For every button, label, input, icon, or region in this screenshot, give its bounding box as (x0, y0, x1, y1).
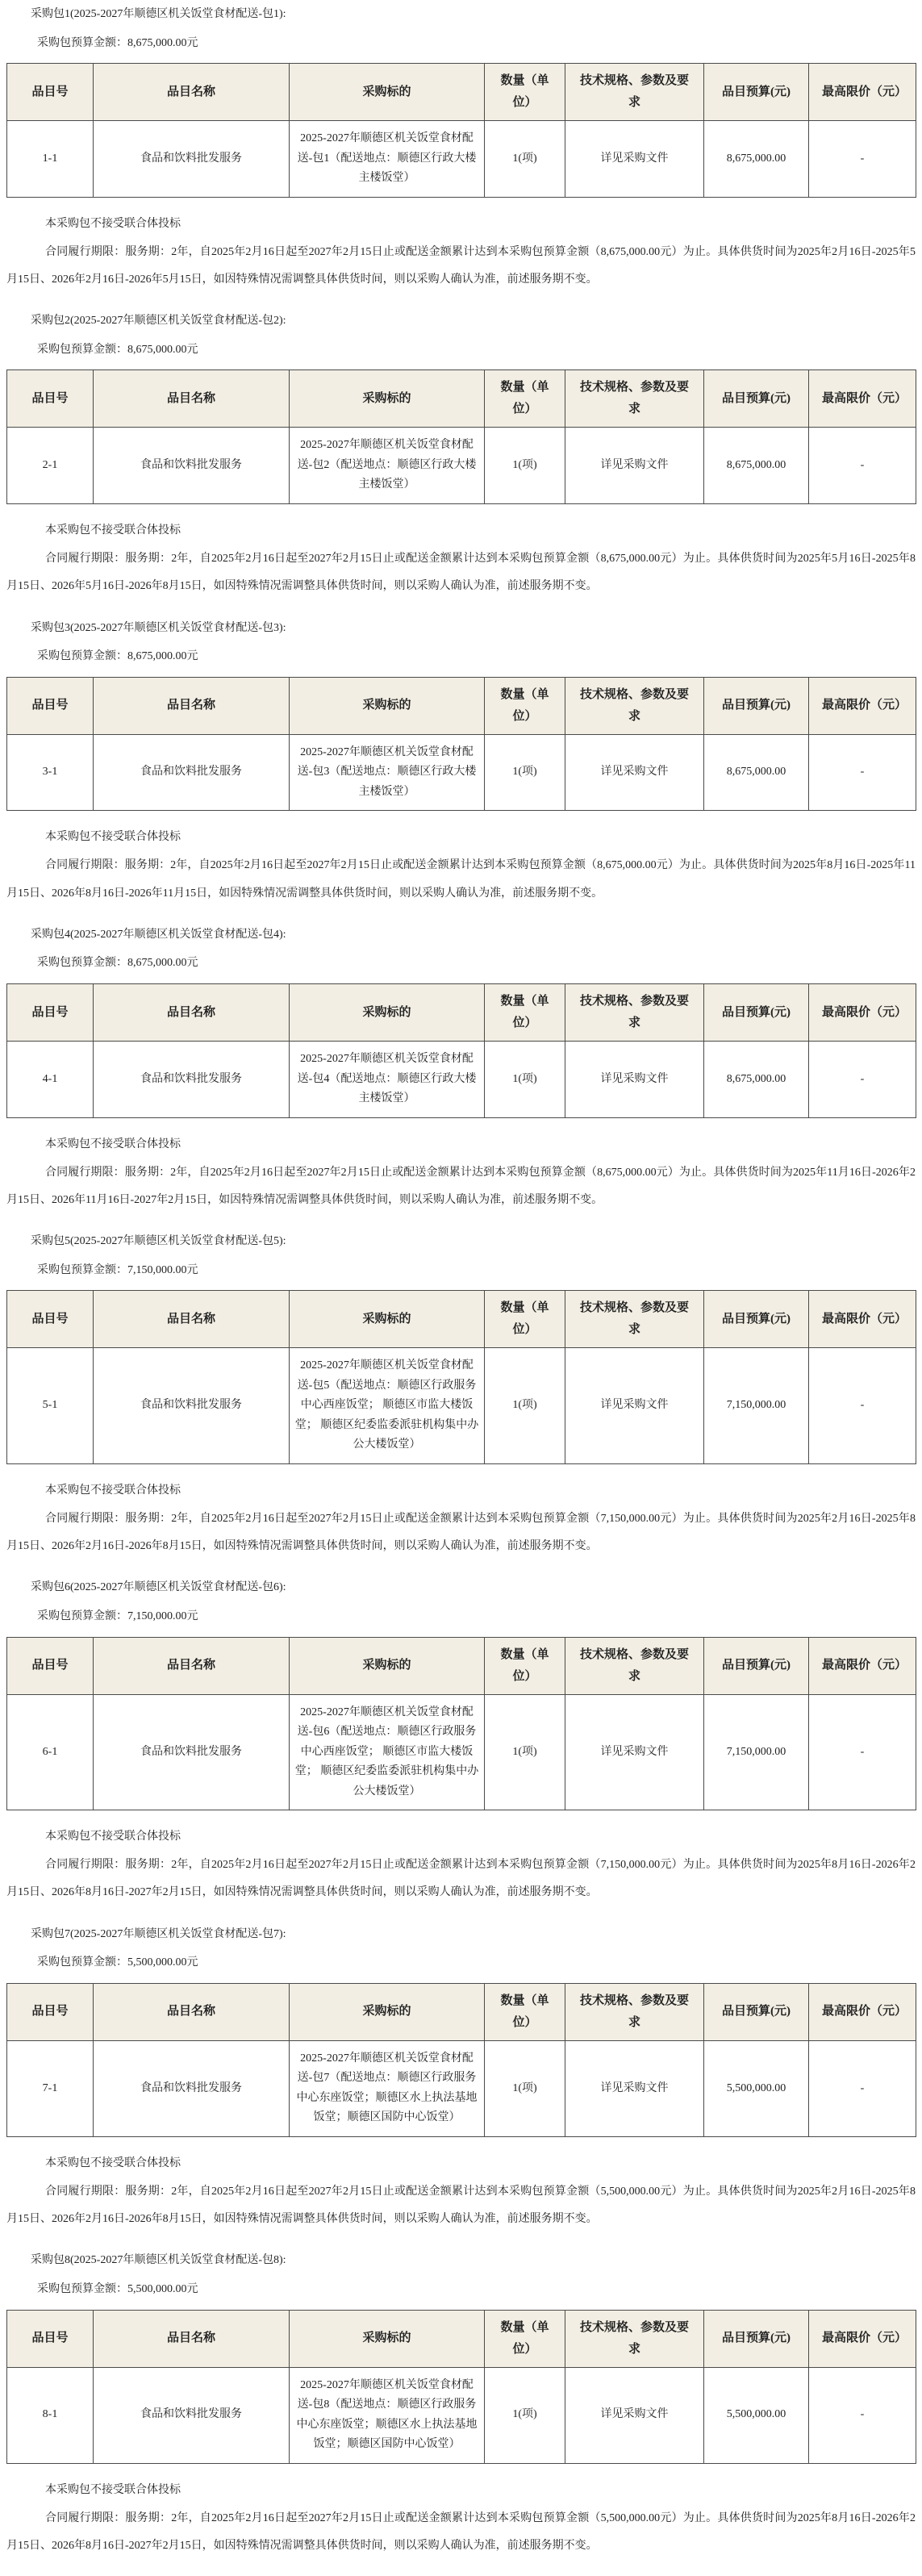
items-table: 品目号 品目名称 采购标的 数量（单位） 技术规格、参数及要求 品目预算(元) … (6, 1637, 916, 1811)
contract-term-paragraph: 合同履行期限：服务期：2年，自2025年2月16日起至2027年2月15日止或配… (6, 1159, 916, 1215)
spec-cell: 详见采购文件 (565, 734, 704, 811)
table-row: 6-1 食品和饮料批发服务 2025-2027年顺德区机关饭堂食材配送-包6（配… (7, 1694, 916, 1810)
col-header-item-no: 品目号 (7, 1983, 94, 2040)
package-budget-line: 采购包预算金额：5,500,000.00元 (6, 2282, 916, 2298)
item-no-cell: 6-1 (7, 1694, 94, 1810)
table-row: 8-1 食品和饮料批发服务 2025-2027年顺德区机关饭堂食材配送-包8（配… (7, 2367, 916, 2463)
item-name-cell: 食品和饮料批发服务 (94, 1694, 290, 1810)
item-no-cell: 5-1 (7, 1348, 94, 1464)
spec-cell: 详见采购文件 (565, 121, 704, 198)
package-title: 采购包8(2025-2027年顺德区机关饭堂食材配送-包8): (6, 2252, 916, 2269)
max-price-cell: - (809, 1042, 916, 1118)
header-row: 品目号 品目名称 采购标的 数量（单位） 技术规格、参数及要求 品目预算(元) … (7, 1983, 916, 2040)
no-consortium-note: 本采购包不接受联合体投标 (6, 1828, 916, 1845)
item-name-cell: 食品和饮料批发服务 (94, 2367, 290, 2463)
contract-term-paragraph: 合同履行期限：服务期：2年，自2025年2月16日起至2027年2月15日止或配… (6, 852, 916, 908)
col-header-budget: 品目预算(元) (704, 64, 809, 121)
col-header-budget: 品目预算(元) (704, 2310, 809, 2367)
item-budget-cell: 8,675,000.00 (704, 428, 809, 504)
col-header-item-name: 品目名称 (94, 370, 290, 428)
col-header-budget: 品目预算(元) (704, 370, 809, 428)
spec-cell: 详见采购文件 (565, 2040, 704, 2136)
header-row: 品目号 品目名称 采购标的 数量（单位） 技术规格、参数及要求 品目预算(元) … (7, 1291, 916, 1348)
table-row: 2-1 食品和饮料批发服务 2025-2027年顺德区机关饭堂食材配送-包2（配… (7, 428, 916, 504)
col-header-item-no: 品目号 (7, 677, 94, 734)
col-header-target: 采购标的 (290, 1983, 485, 2040)
col-header-quantity: 数量（单位） (485, 677, 565, 734)
package-budget-line: 采购包预算金额：8,675,000.00元 (6, 342, 916, 358)
col-header-item-no: 品目号 (7, 2310, 94, 2367)
col-header-item-no: 品目号 (7, 370, 94, 428)
document: 采购包1(2025-2027年顺德区机关饭堂食材配送-包1): 采购包预算金额：… (0, 0, 922, 2576)
no-consortium-note: 本采购包不接受联合体投标 (6, 215, 916, 232)
contract-term-paragraph: 合同履行期限：服务期：2年，自2025年2月16日起至2027年2月15日止或配… (6, 2505, 916, 2561)
col-header-item-name: 品目名称 (94, 1983, 290, 2040)
items-table-header: 品目号 品目名称 采购标的 数量（单位） 技术规格、参数及要求 品目预算(元) … (7, 984, 916, 1042)
no-consortium-note: 本采购包不接受联合体投标 (6, 829, 916, 845)
spec-cell: 详见采购文件 (565, 1042, 704, 1118)
quantity-cell: 1(项) (485, 2040, 565, 2136)
col-header-quantity: 数量（单位） (485, 984, 565, 1042)
item-name-cell: 食品和饮料批发服务 (94, 1042, 290, 1118)
col-header-target: 采购标的 (290, 677, 485, 734)
item-no-cell: 2-1 (7, 428, 94, 504)
target-cell: 2025-2027年顺德区机关饭堂食材配送-包4（配送地点：顺德区行政大楼主楼饭… (290, 1042, 485, 1118)
col-header-max-price: 最高限价（元） (809, 984, 916, 1042)
col-header-spec: 技术规格、参数及要求 (565, 2310, 704, 2367)
col-header-spec: 技术规格、参数及要求 (565, 1637, 704, 1694)
col-header-item-name: 品目名称 (94, 64, 290, 121)
col-header-target: 采购标的 (290, 984, 485, 1042)
col-header-max-price: 最高限价（元） (809, 64, 916, 121)
item-no-cell: 7-1 (7, 2040, 94, 2136)
quantity-cell: 1(项) (485, 734, 565, 811)
col-header-item-name: 品目名称 (94, 1291, 290, 1348)
items-table-header: 品目号 品目名称 采购标的 数量（单位） 技术规格、参数及要求 品目预算(元) … (7, 1983, 916, 2040)
col-header-target: 采购标的 (290, 2310, 485, 2367)
no-consortium-note: 本采购包不接受联合体投标 (6, 1136, 916, 1153)
package-budget-line: 采购包预算金额：7,150,000.00元 (6, 1263, 916, 1279)
header-row: 品目号 品目名称 采购标的 数量（单位） 技术规格、参数及要求 品目预算(元) … (7, 677, 916, 734)
target-cell: 2025-2027年顺德区机关饭堂食材配送-包1（配送地点：顺德区行政大楼主楼饭… (290, 121, 485, 198)
package-budget-line: 采购包预算金额：8,675,000.00元 (6, 649, 916, 665)
procurement-package-section: 采购包1(2025-2027年顺德区机关饭堂食材配送-包1): 采购包预算金额：… (6, 6, 916, 294)
col-header-quantity: 数量（单位） (485, 2310, 565, 2367)
col-header-spec: 技术规格、参数及要求 (565, 984, 704, 1042)
spec-cell: 详见采购文件 (565, 2367, 704, 2463)
item-no-cell: 1-1 (7, 121, 94, 198)
no-consortium-note: 本采购包不接受联合体投标 (6, 2155, 916, 2172)
items-table: 品目号 品目名称 采购标的 数量（单位） 技术规格、参数及要求 品目预算(元) … (6, 2310, 916, 2464)
col-header-budget: 品目预算(元) (704, 1983, 809, 2040)
no-consortium-note: 本采购包不接受联合体投标 (6, 1482, 916, 1499)
header-row: 品目号 品目名称 采购标的 数量（单位） 技术规格、参数及要求 品目预算(元) … (7, 64, 916, 121)
col-header-quantity: 数量（单位） (485, 1291, 565, 1348)
col-header-max-price: 最高限价（元） (809, 2310, 916, 2367)
col-header-spec: 技术规格、参数及要求 (565, 1983, 704, 2040)
quantity-cell: 1(项) (485, 121, 565, 198)
target-cell: 2025-2027年顺德区机关饭堂食材配送-包8（配送地点：顺德区行政服务中心东… (290, 2367, 485, 2463)
col-header-item-no: 品目号 (7, 1637, 94, 1694)
contract-term-paragraph: 合同履行期限：服务期：2年，自2025年2月16日起至2027年2月15日止或配… (6, 2178, 916, 2234)
col-header-item-no: 品目号 (7, 984, 94, 1042)
quantity-cell: 1(项) (485, 2367, 565, 2463)
quantity-cell: 1(项) (485, 1348, 565, 1464)
col-header-max-price: 最高限价（元） (809, 1291, 916, 1348)
col-header-item-name: 品目名称 (94, 1637, 290, 1694)
procurement-package-section: 采购包4(2025-2027年顺德区机关饭堂食材配送-包4): 采购包预算金额：… (6, 927, 916, 1214)
spec-cell: 详见采购文件 (565, 1348, 704, 1464)
col-header-spec: 技术规格、参数及要求 (565, 370, 704, 428)
item-name-cell: 食品和饮料批发服务 (94, 1348, 290, 1464)
col-header-max-price: 最高限价（元） (809, 1637, 916, 1694)
package-title: 采购包1(2025-2027年顺德区机关饭堂食材配送-包1): (6, 6, 916, 23)
header-row: 品目号 品目名称 采购标的 数量（单位） 技术规格、参数及要求 品目预算(元) … (7, 1637, 916, 1694)
item-budget-cell: 7,150,000.00 (704, 1348, 809, 1464)
item-budget-cell: 8,675,000.00 (704, 734, 809, 811)
col-header-spec: 技术规格、参数及要求 (565, 64, 704, 121)
table-row: 4-1 食品和饮料批发服务 2025-2027年顺德区机关饭堂食材配送-包4（配… (7, 1042, 916, 1118)
items-table-header: 品目号 品目名称 采购标的 数量（单位） 技术规格、参数及要求 品目预算(元) … (7, 1637, 916, 1694)
max-price-cell: - (809, 1348, 916, 1464)
col-header-item-no: 品目号 (7, 64, 94, 121)
table-row: 7-1 食品和饮料批发服务 2025-2027年顺德区机关饭堂食材配送-包7（配… (7, 2040, 916, 2136)
quantity-cell: 1(项) (485, 1694, 565, 1810)
item-budget-cell: 8,675,000.00 (704, 121, 809, 198)
col-header-budget: 品目预算(元) (704, 677, 809, 734)
table-row: 5-1 食品和饮料批发服务 2025-2027年顺德区机关饭堂食材配送-包5（配… (7, 1348, 916, 1464)
contract-term-paragraph: 合同履行期限：服务期：2年，自2025年2月16日起至2027年2月15日止或配… (6, 1505, 916, 1561)
package-title: 采购包4(2025-2027年顺德区机关饭堂食材配送-包4): (6, 927, 916, 943)
items-table: 品目号 品目名称 采购标的 数量（单位） 技术规格、参数及要求 品目预算(元) … (6, 677, 916, 812)
quantity-cell: 1(项) (485, 428, 565, 504)
max-price-cell: - (809, 734, 916, 811)
col-header-target: 采购标的 (290, 370, 485, 428)
items-table: 品目号 品目名称 采购标的 数量（单位） 技术规格、参数及要求 品目预算(元) … (6, 1983, 916, 2137)
target-cell: 2025-2027年顺德区机关饭堂食材配送-包3（配送地点：顺德区行政大楼主楼饭… (290, 734, 485, 811)
procurement-package-section: 采购包7(2025-2027年顺德区机关饭堂食材配送-包7): 采购包预算金额：… (6, 1927, 916, 2234)
col-header-quantity: 数量（单位） (485, 1983, 565, 2040)
header-row: 品目号 品目名称 采购标的 数量（单位） 技术规格、参数及要求 品目预算(元) … (7, 984, 916, 1042)
col-header-quantity: 数量（单位） (485, 64, 565, 121)
items-table-header: 品目号 品目名称 采购标的 数量（单位） 技术规格、参数及要求 品目预算(元) … (7, 370, 916, 428)
package-title: 采购包5(2025-2027年顺德区机关饭堂食材配送-包5): (6, 1234, 916, 1250)
item-budget-cell: 5,500,000.00 (704, 2040, 809, 2136)
items-table-header: 品目号 品目名称 采购标的 数量（单位） 技术规格、参数及要求 品目预算(元) … (7, 2310, 916, 2367)
package-budget-line: 采购包预算金额：5,500,000.00元 (6, 1955, 916, 1971)
col-header-budget: 品目预算(元) (704, 1291, 809, 1348)
contract-term-paragraph: 合同履行期限：服务期：2年，自2025年2月16日起至2027年2月15日止或配… (6, 545, 916, 601)
col-header-max-price: 最高限价（元） (809, 677, 916, 734)
procurement-package-section: 采购包6(2025-2027年顺德区机关饭堂食材配送-包6): 采购包预算金额：… (6, 1580, 916, 1906)
target-cell: 2025-2027年顺德区机关饭堂食材配送-包2（配送地点：顺德区行政大楼主楼饭… (290, 428, 485, 504)
max-price-cell: - (809, 2367, 916, 2463)
procurement-package-section: 采购包2(2025-2027年顺德区机关饭堂食材配送-包2): 采购包预算金额：… (6, 313, 916, 600)
target-cell: 2025-2027年顺德区机关饭堂食材配送-包7（配送地点：顺德区行政服务中心东… (290, 2040, 485, 2136)
item-name-cell: 食品和饮料批发服务 (94, 428, 290, 504)
col-header-max-price: 最高限价（元） (809, 1983, 916, 2040)
table-row: 3-1 食品和饮料批发服务 2025-2027年顺德区机关饭堂食材配送-包3（配… (7, 734, 916, 811)
spec-cell: 详见采购文件 (565, 1694, 704, 1810)
item-budget-cell: 5,500,000.00 (704, 2367, 809, 2463)
table-row: 1-1 食品和饮料批发服务 2025-2027年顺德区机关饭堂食材配送-包1（配… (7, 121, 916, 198)
col-header-quantity: 数量（单位） (485, 370, 565, 428)
package-title: 采购包3(2025-2027年顺德区机关饭堂食材配送-包3): (6, 620, 916, 637)
header-row: 品目号 品目名称 采购标的 数量（单位） 技术规格、参数及要求 品目预算(元) … (7, 370, 916, 428)
no-consortium-note: 本采购包不接受联合体投标 (6, 2482, 916, 2499)
target-cell: 2025-2027年顺德区机关饭堂食材配送-包5（配送地点：顺德区行政服务中心西… (290, 1348, 485, 1464)
package-budget-line: 采购包预算金额：8,675,000.00元 (6, 955, 916, 971)
col-header-spec: 技术规格、参数及要求 (565, 1291, 704, 1348)
package-title: 采购包6(2025-2027年顺德区机关饭堂食材配送-包6): (6, 1580, 916, 1596)
col-header-item-name: 品目名称 (94, 677, 290, 734)
item-budget-cell: 8,675,000.00 (704, 1042, 809, 1118)
item-name-cell: 食品和饮料批发服务 (94, 121, 290, 198)
item-name-cell: 食品和饮料批发服务 (94, 2040, 290, 2136)
col-header-item-name: 品目名称 (94, 2310, 290, 2367)
package-budget-line: 采购包预算金额：8,675,000.00元 (6, 35, 916, 52)
max-price-cell: - (809, 1694, 916, 1810)
package-title: 采购包2(2025-2027年顺德区机关饭堂食材配送-包2): (6, 313, 916, 329)
procurement-package-section: 采购包5(2025-2027年顺德区机关饭堂食材配送-包5): 采购包预算金额：… (6, 1234, 916, 1560)
col-header-quantity: 数量（单位） (485, 1637, 565, 1694)
items-table: 品目号 品目名称 采购标的 数量（单位） 技术规格、参数及要求 品目预算(元) … (6, 369, 916, 504)
header-row: 品目号 品目名称 采购标的 数量（单位） 技术规格、参数及要求 品目预算(元) … (7, 2310, 916, 2367)
col-header-budget: 品目预算(元) (704, 1637, 809, 1694)
contract-term-paragraph: 合同履行期限：服务期：2年，自2025年2月16日起至2027年2月15日止或配… (6, 1852, 916, 1907)
item-no-cell: 4-1 (7, 1042, 94, 1118)
items-table-header: 品目号 品目名称 采购标的 数量（单位） 技术规格、参数及要求 品目预算(元) … (7, 64, 916, 121)
max-price-cell: - (809, 2040, 916, 2136)
col-header-item-name: 品目名称 (94, 984, 290, 1042)
item-budget-cell: 7,150,000.00 (704, 1694, 809, 1810)
items-table: 品目号 品目名称 采购标的 数量（单位） 技术规格、参数及要求 品目预算(元) … (6, 1290, 916, 1464)
item-name-cell: 食品和饮料批发服务 (94, 734, 290, 811)
package-budget-line: 采购包预算金额：7,150,000.00元 (6, 1609, 916, 1625)
items-table-header: 品目号 品目名称 采购标的 数量（单位） 技术规格、参数及要求 品目预算(元) … (7, 677, 916, 734)
item-no-cell: 8-1 (7, 2367, 94, 2463)
items-table-header: 品目号 品目名称 采购标的 数量（单位） 技术规格、参数及要求 品目预算(元) … (7, 1291, 916, 1348)
procurement-package-section: 采购包3(2025-2027年顺德区机关饭堂食材配送-包3): 采购包预算金额：… (6, 620, 916, 908)
contract-term-paragraph: 合同履行期限：服务期：2年，自2025年2月16日起至2027年2月15日止或配… (6, 239, 916, 294)
col-header-spec: 技术规格、参数及要求 (565, 677, 704, 734)
spec-cell: 详见采购文件 (565, 428, 704, 504)
col-header-target: 采购标的 (290, 64, 485, 121)
package-title: 采购包7(2025-2027年顺德区机关饭堂食材配送-包7): (6, 1927, 916, 1943)
procurement-package-section: 采购包8(2025-2027年顺德区机关饭堂食材配送-包8): 采购包预算金额：… (6, 2252, 916, 2560)
items-table: 品目号 品目名称 采购标的 数量（单位） 技术规格、参数及要求 品目预算(元) … (6, 63, 916, 198)
quantity-cell: 1(项) (485, 1042, 565, 1118)
target-cell: 2025-2027年顺德区机关饭堂食材配送-包6（配送地点：顺德区行政服务中心西… (290, 1694, 485, 1810)
no-consortium-note: 本采购包不接受联合体投标 (6, 522, 916, 539)
col-header-target: 采购标的 (290, 1637, 485, 1694)
col-header-max-price: 最高限价（元） (809, 370, 916, 428)
item-no-cell: 3-1 (7, 734, 94, 811)
col-header-item-no: 品目号 (7, 1291, 94, 1348)
max-price-cell: - (809, 428, 916, 504)
items-table: 品目号 品目名称 采购标的 数量（单位） 技术规格、参数及要求 品目预算(元) … (6, 983, 916, 1118)
max-price-cell: - (809, 121, 916, 198)
col-header-target: 采购标的 (290, 1291, 485, 1348)
col-header-budget: 品目预算(元) (704, 984, 809, 1042)
